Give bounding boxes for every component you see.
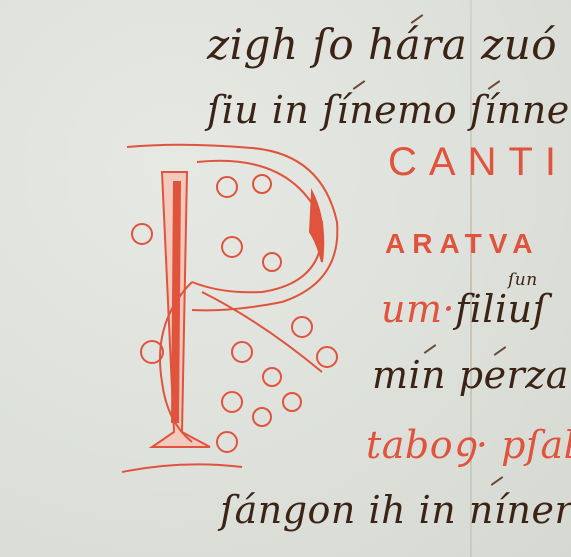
accent-mark <box>491 476 504 486</box>
text-line-4: ſángon ih in nínero <box>220 488 571 532</box>
text-line-mixed: um·filiuſ <box>381 287 547 331</box>
decorated-initial-p <box>122 142 347 482</box>
text-line-1: zigh ſo hára zuó di <box>207 20 571 69</box>
text-line-3: min perza <box>372 353 569 397</box>
text-line-2: ſiu in ſínemo ſínne· <box>207 88 571 132</box>
rubric-line: taboꝯ· pſal <box>366 418 571 470</box>
rubric-heading-2: ARATVA <box>385 228 540 260</box>
manuscript-page: zigh ſo hára zuó di ſiu in ſínemo ſínne·… <box>0 0 571 557</box>
page-fold-crease <box>470 0 472 557</box>
rubric-heading-1: CANTI <box>388 140 568 185</box>
rubric-fragment: um· <box>381 287 455 331</box>
text-fragment: filiuſ <box>455 287 547 331</box>
